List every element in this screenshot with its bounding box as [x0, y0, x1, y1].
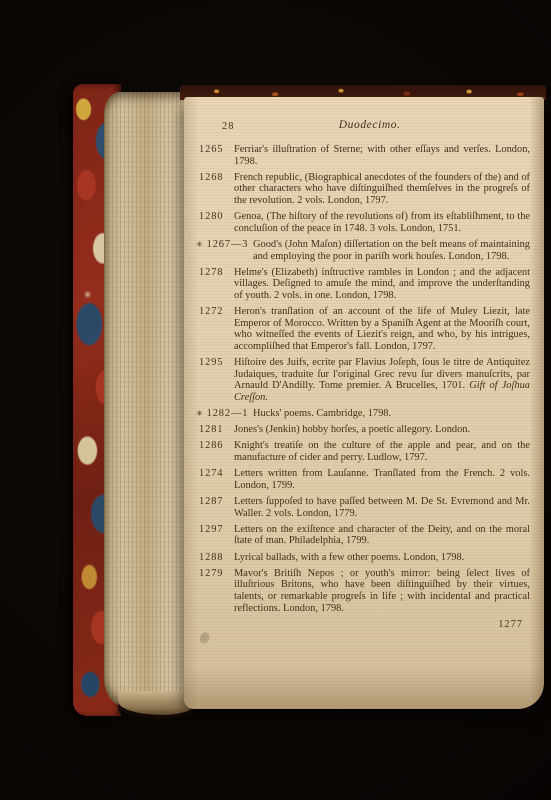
running-title: Duodecimo. — [339, 120, 401, 132]
entry-text: Lyrical ballads, with a few other poems.… — [234, 552, 530, 564]
entry-text: Heron's tranſlation of an account of the… — [234, 306, 530, 352]
star-ornament-icon: ✳ — [196, 409, 204, 418]
entry-text: Hiſtoire des Juifs, ecrite par Flavius J… — [234, 357, 530, 403]
page-header: 28 Duodecimo. — [196, 121, 530, 134]
entry-text: Letters on the exiſtence and character o… — [234, 524, 530, 547]
entry-number: 1286 — [196, 440, 234, 463]
entry-text: Knight's treatiſe on the culture of the … — [234, 440, 530, 463]
catalog-entry: ✳1282—1 Hucks' poems. Cambridge, 1798. — [196, 408, 530, 420]
catalog-entry: 1279 Mavor's Britiſh Nepos ; or youth's … — [196, 568, 530, 614]
entry-number: 1265 — [196, 144, 234, 167]
entry-number: 1274 — [196, 468, 234, 491]
entry-text: Ferriar's illuſtration of Sterne; with o… — [234, 144, 530, 167]
catalog-entry: ✳1267—3 Good's (John Maſon) diſſertation… — [196, 239, 530, 262]
page-fore-edges — [104, 92, 192, 708]
catalog-entry: 1278 Helme's (Elizabeth) inſtructive ram… — [196, 267, 530, 302]
entry-number: 1288 — [196, 552, 234, 564]
photo-background: 28 Duodecimo. 1265 Ferriar's illuſtratio… — [0, 0, 551, 800]
entry-text: Good's (John Maſon) diſſertation on the … — [253, 239, 530, 262]
entry-number: 1297 — [196, 524, 234, 547]
catalog-entry: 1268 French republic, (Biographical anec… — [196, 172, 530, 207]
entry-number: 1279 — [196, 568, 234, 614]
entry-number: 1287 — [196, 496, 234, 519]
entry-number: 1281 — [196, 424, 234, 436]
catalog-entry: 1280 Genoa, (The hiſtory of the revoluti… — [196, 211, 530, 234]
catalog-entry: 1295 Hiſtoire des Juifs, ecrite par Flav… — [196, 357, 530, 403]
catalog-entry: 1274 Letters written from Lauſanne. Tran… — [196, 468, 530, 491]
paper-fleck — [84, 290, 91, 299]
catalog-entry: 1287 Letters ſuppoſed to have paſſed bet… — [196, 496, 530, 519]
catchword: 1277 — [196, 619, 530, 631]
entry-number: 1268 — [196, 172, 234, 207]
entry-text: Genoa, (The hiſtory of the revolutions o… — [234, 211, 530, 234]
entry-text: Mavor's Britiſh Nepos ; or youth's mirro… — [234, 568, 530, 614]
entry-number: 1278 — [196, 267, 234, 302]
catalog-entry: 1288 Lyrical ballads, with a few other p… — [196, 552, 530, 564]
catalog-entry: 1265 Ferriar's illuſtration of Sterne; w… — [196, 144, 530, 167]
entry-text: Letters written from Lauſanne. Tranſlate… — [234, 468, 530, 491]
entry-number: 1280 — [196, 211, 234, 234]
text-block: 28 Duodecimo. 1265 Ferriar's illuſtratio… — [184, 97, 544, 630]
entry-text: Letters ſuppoſed to have paſſed between … — [234, 496, 530, 519]
catalog-entry: 1286 Knight's treatiſe on the culture of… — [196, 440, 530, 463]
entry-number: ✳1282—1 — [196, 408, 253, 420]
star-ornament-icon: ✳ — [196, 240, 204, 249]
catalog-entry: 1272 Heron's tranſlation of an account o… — [196, 306, 530, 352]
catalog-page: 28 Duodecimo. 1265 Ferriar's illuſtratio… — [184, 97, 544, 709]
entry-text: Hucks' poems. Cambridge, 1798. — [253, 408, 530, 420]
entry-number: 1272 — [196, 306, 234, 352]
entry-text: Helme's (Elizabeth) inſtructive rambles … — [234, 267, 530, 302]
page-number: 28 — [222, 121, 234, 133]
entry-text: Jones's (Jenkin) hobby horſes, a poetic … — [234, 424, 530, 436]
catalog-entry: 1281 Jones's (Jenkin) hobby horſes, a po… — [196, 424, 530, 436]
entry-number: ✳1267—3 — [196, 239, 253, 262]
catalog-entry: 1297 Letters on the exiſtence and charac… — [196, 524, 530, 547]
entry-number: 1295 — [196, 357, 234, 403]
entry-text: French republic, (Biographical anecdotes… — [234, 172, 530, 207]
